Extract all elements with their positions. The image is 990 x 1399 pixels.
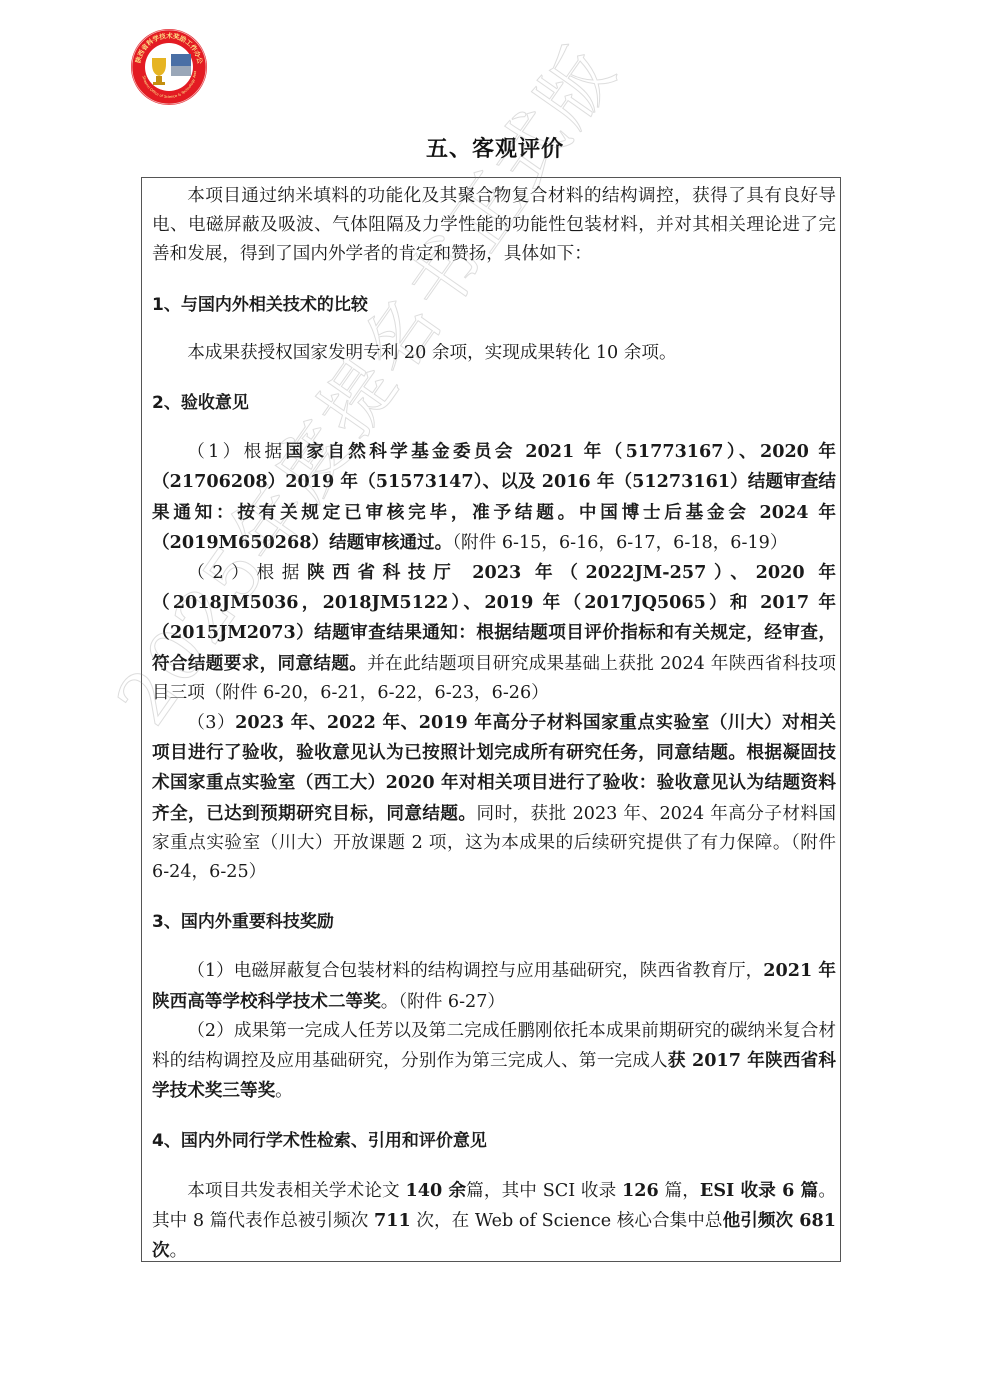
award-item-2: （2）成果第一完成人任芳以及第二完成任鹏刚依托本成果前期研究的碳纳米复合材料的结… — [152, 1017, 836, 1107]
award-item-1: （1）电磁屏蔽复合包装材料的结构调控与应用基础研究，陕西省教育厅，2021 年陕… — [152, 956, 836, 1016]
acceptance-item-1: （1）根据国家自然科学基金委员会 2021 年（51773167）、2020 年… — [152, 437, 836, 558]
section-heading-comparison: 1、与国内外相关技术的比较 — [152, 291, 836, 320]
section-heading-acceptance: 2、验收意见 — [152, 389, 836, 418]
citations-text: 次，在 Web of Science 核心合集中总 — [411, 1211, 723, 1231]
citations-text: 篇，其中 SCI 收录 — [466, 1181, 622, 1201]
objective-evaluation-content: 本项目通过纳米填料的功能化及其聚合物复合材料的结构调控，获得了具有良好导电、电磁… — [152, 182, 836, 1266]
acceptance-item-1-prefix: （1）根据 — [187, 442, 285, 462]
citations-text: 。 — [170, 1241, 188, 1261]
esi-count: ESI 收录 6 篇 — [700, 1180, 818, 1201]
award-item-1-suffix: 。（附件 6-27） — [381, 992, 505, 1012]
citations-text: 篇， — [659, 1181, 700, 1201]
intro-paragraph: 本项目通过纳米填料的功能化及其聚合物复合材料的结构调控，获得了具有良好导电、电磁… — [152, 182, 836, 270]
citations-text: 本项目共发表相关学术论文 — [187, 1181, 405, 1201]
seal-icon: 陕西省科学技术奖励工作办公室 Shaanxi Office of Science… — [130, 28, 208, 106]
sci-count: 126 — [622, 1180, 659, 1201]
total-citations: 711 — [374, 1210, 411, 1231]
section-heading-awards: 3、国内外重要科技奖励 — [152, 908, 836, 937]
page-title: 五、客观评价 — [0, 132, 990, 163]
acceptance-item-1-attachments: （附件 6-15，6-16，6-17，6-18，6-19） — [452, 533, 787, 553]
award-item-1-prefix: （1）电磁屏蔽复合包装材料的结构调控与应用基础研究，陕西省教育厅， — [187, 961, 763, 981]
comparison-paragraph: 本成果获授权国家发明专利 20 余项，实现成果转化 10 余项。 — [152, 339, 836, 368]
paper-count: 140 余 — [405, 1180, 466, 1201]
award-item-2-suffix: 。 — [275, 1081, 293, 1101]
acceptance-item-3-prefix: （3） — [187, 713, 235, 733]
acceptance-item-3: （3）2023 年、2022 年、2019 年高分子材料国家重点实验室（川大）对… — [152, 708, 836, 887]
section-heading-citations: 4、国内外同行学术性检索、引用和评价意见 — [152, 1127, 836, 1156]
acceptance-item-2-prefix: （2）根据 — [187, 563, 307, 583]
citations-paragraph: 本项目共发表相关学术论文 140 余篇，其中 SCI 收录 126 篇，ESI … — [152, 1176, 836, 1267]
organization-seal-logo: 陕西省科学技术奖励工作办公室 Shaanxi Office of Science… — [130, 28, 208, 106]
acceptance-item-2: （2）根据陕西省科技厅 2023 年（2022JM-257）、2020 年（20… — [152, 558, 836, 708]
